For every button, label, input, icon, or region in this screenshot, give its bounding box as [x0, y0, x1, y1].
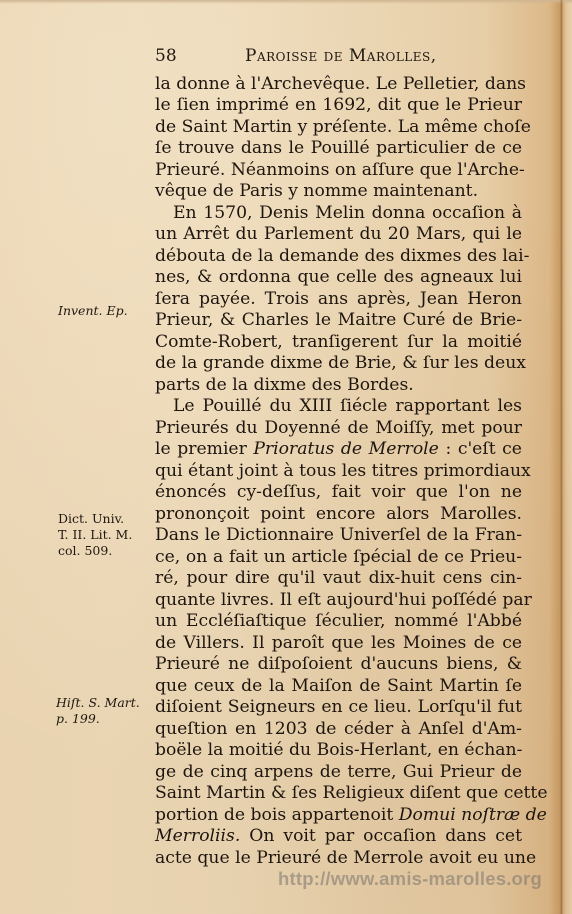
margin-note: Hiſt. S. Mart. — [56, 695, 140, 711]
text-line: énoncés cy-deſſus, fait voir que l'on ne — [155, 481, 522, 503]
text-line: prononçoit point encore alors Marolles. — [155, 503, 522, 525]
text-segment: On voit par occaſion dans cet — [240, 826, 522, 846]
text-line: un Eccléſiaſtique ſéculier, nommé l'Abbé — [155, 610, 522, 632]
text-line: queſtion en 1203 de céder à Anſel d'Am- — [155, 718, 522, 740]
text-line: Prieuré ne diſpoſoient d'aucuns biens, & — [155, 653, 522, 675]
watermark-url: http://www.amis-marolles.org — [278, 868, 542, 890]
margin-note: col. 509. — [58, 543, 112, 559]
text-line: Le Pouillé du XIII ſiécle rapportant les — [155, 395, 522, 417]
text-line: acte que le Prieuré de Merrole avoit eu … — [155, 847, 522, 869]
margin-note: Invent. Ep. — [58, 303, 128, 319]
page-header: 58 Paroisse de Marolles, — [155, 46, 530, 68]
text-line: Prieurés du Doyenné de Moiſſy, met pour — [155, 417, 522, 439]
text-line: de Saint Martin y préſente. La même choſ… — [155, 116, 522, 138]
text-line: la donne à l'Archevêque. Le Pelletier, d… — [155, 73, 522, 95]
text-line: ce, on a fait un article ſpécial de ce P… — [155, 546, 522, 568]
text-line: Saint Martin & ſes Religieux diſent que … — [155, 782, 522, 804]
page-top-edge — [0, 0, 572, 4]
text-line: ſera payée. Trois ans après, Jean Heron — [155, 288, 522, 310]
text-line: le ſien imprimé en 1692, dit que le Prie… — [155, 94, 522, 116]
text-line: portion de bois appartenoit Domui noſtræ… — [155, 804, 522, 826]
margin-note: T. II. Lit. M. — [58, 527, 132, 543]
text-line: le premier Prioratus de Merrole : c'eſt … — [155, 438, 522, 460]
text-line: diſoient Seigneurs en ce lieu. Lorſqu'il… — [155, 696, 522, 718]
italic-latin-phrase: Prioratus de Merrole — [253, 439, 438, 459]
text-line: boële la moitié du Bois-Herlant, en écha… — [155, 739, 522, 761]
text-line: quante livres. Il eſt aujourd'hui poſſéd… — [155, 589, 522, 611]
text-line: ſe trouve dans le Pouillé particulier de… — [155, 137, 522, 159]
text-line: Merroliis. On voit par occaſion dans cet — [155, 825, 522, 847]
margin-note: Dict. Univ. — [58, 511, 124, 527]
text-line: Dans le Dictionnaire Univerſel de la Fra… — [155, 524, 522, 546]
running-head: Paroisse de Marolles, — [245, 46, 437, 66]
margin-note: p. 199. — [56, 711, 100, 727]
text-line: Comte-Robert, tranſigerent ſur la moitié — [155, 331, 522, 353]
text-line: parts de la dixme des Bordes. — [155, 374, 522, 396]
text-line: un Arrêt du Parlement du 20 Mars, qui le — [155, 223, 522, 245]
text-segment: le premier — [155, 439, 253, 459]
italic-latin-phrase: Domui noſtræ de — [399, 805, 547, 825]
scanned-book-page: 58 Paroisse de Marolles, la donne à l'Ar… — [0, 0, 572, 914]
text-line: Prieuré. Néanmoins on aſſure que l'Arche… — [155, 159, 522, 181]
text-line: débouta de la demande des dixmes des lai… — [155, 245, 522, 267]
italic-latin-phrase: Merroliis. — [155, 826, 240, 846]
text-segment: portion de bois appartenoit — [155, 805, 399, 825]
text-line: ré, pour dire qu'il vaut dix-huit cens c… — [155, 567, 522, 589]
text-line: que ceux de la Maiſon de Saint Martin ſe — [155, 675, 522, 697]
text-line: de la grande dixme de Brie, & ſur les de… — [155, 352, 522, 374]
text-line: nes, & ordonna que celle des agneaux lui — [155, 266, 522, 288]
page-fold-edge — [560, 0, 563, 914]
text-segment: : c'eſt ce — [439, 439, 522, 459]
page-number: 58 — [155, 46, 177, 66]
text-line: qui étant joint à tous les titres primor… — [155, 460, 522, 482]
text-line: de Villers. Il paroît que les Moines de … — [155, 632, 522, 654]
text-line: Prieur, & Charles le Maitre Curé de Brie… — [155, 309, 522, 331]
text-line: ge de cinq arpens de terre, Gui Prieur d… — [155, 761, 522, 783]
text-line: En 1570, Denis Melin donna occaſion à — [155, 202, 522, 224]
text-line: vêque de Paris y nomme maintenant. — [155, 180, 522, 202]
